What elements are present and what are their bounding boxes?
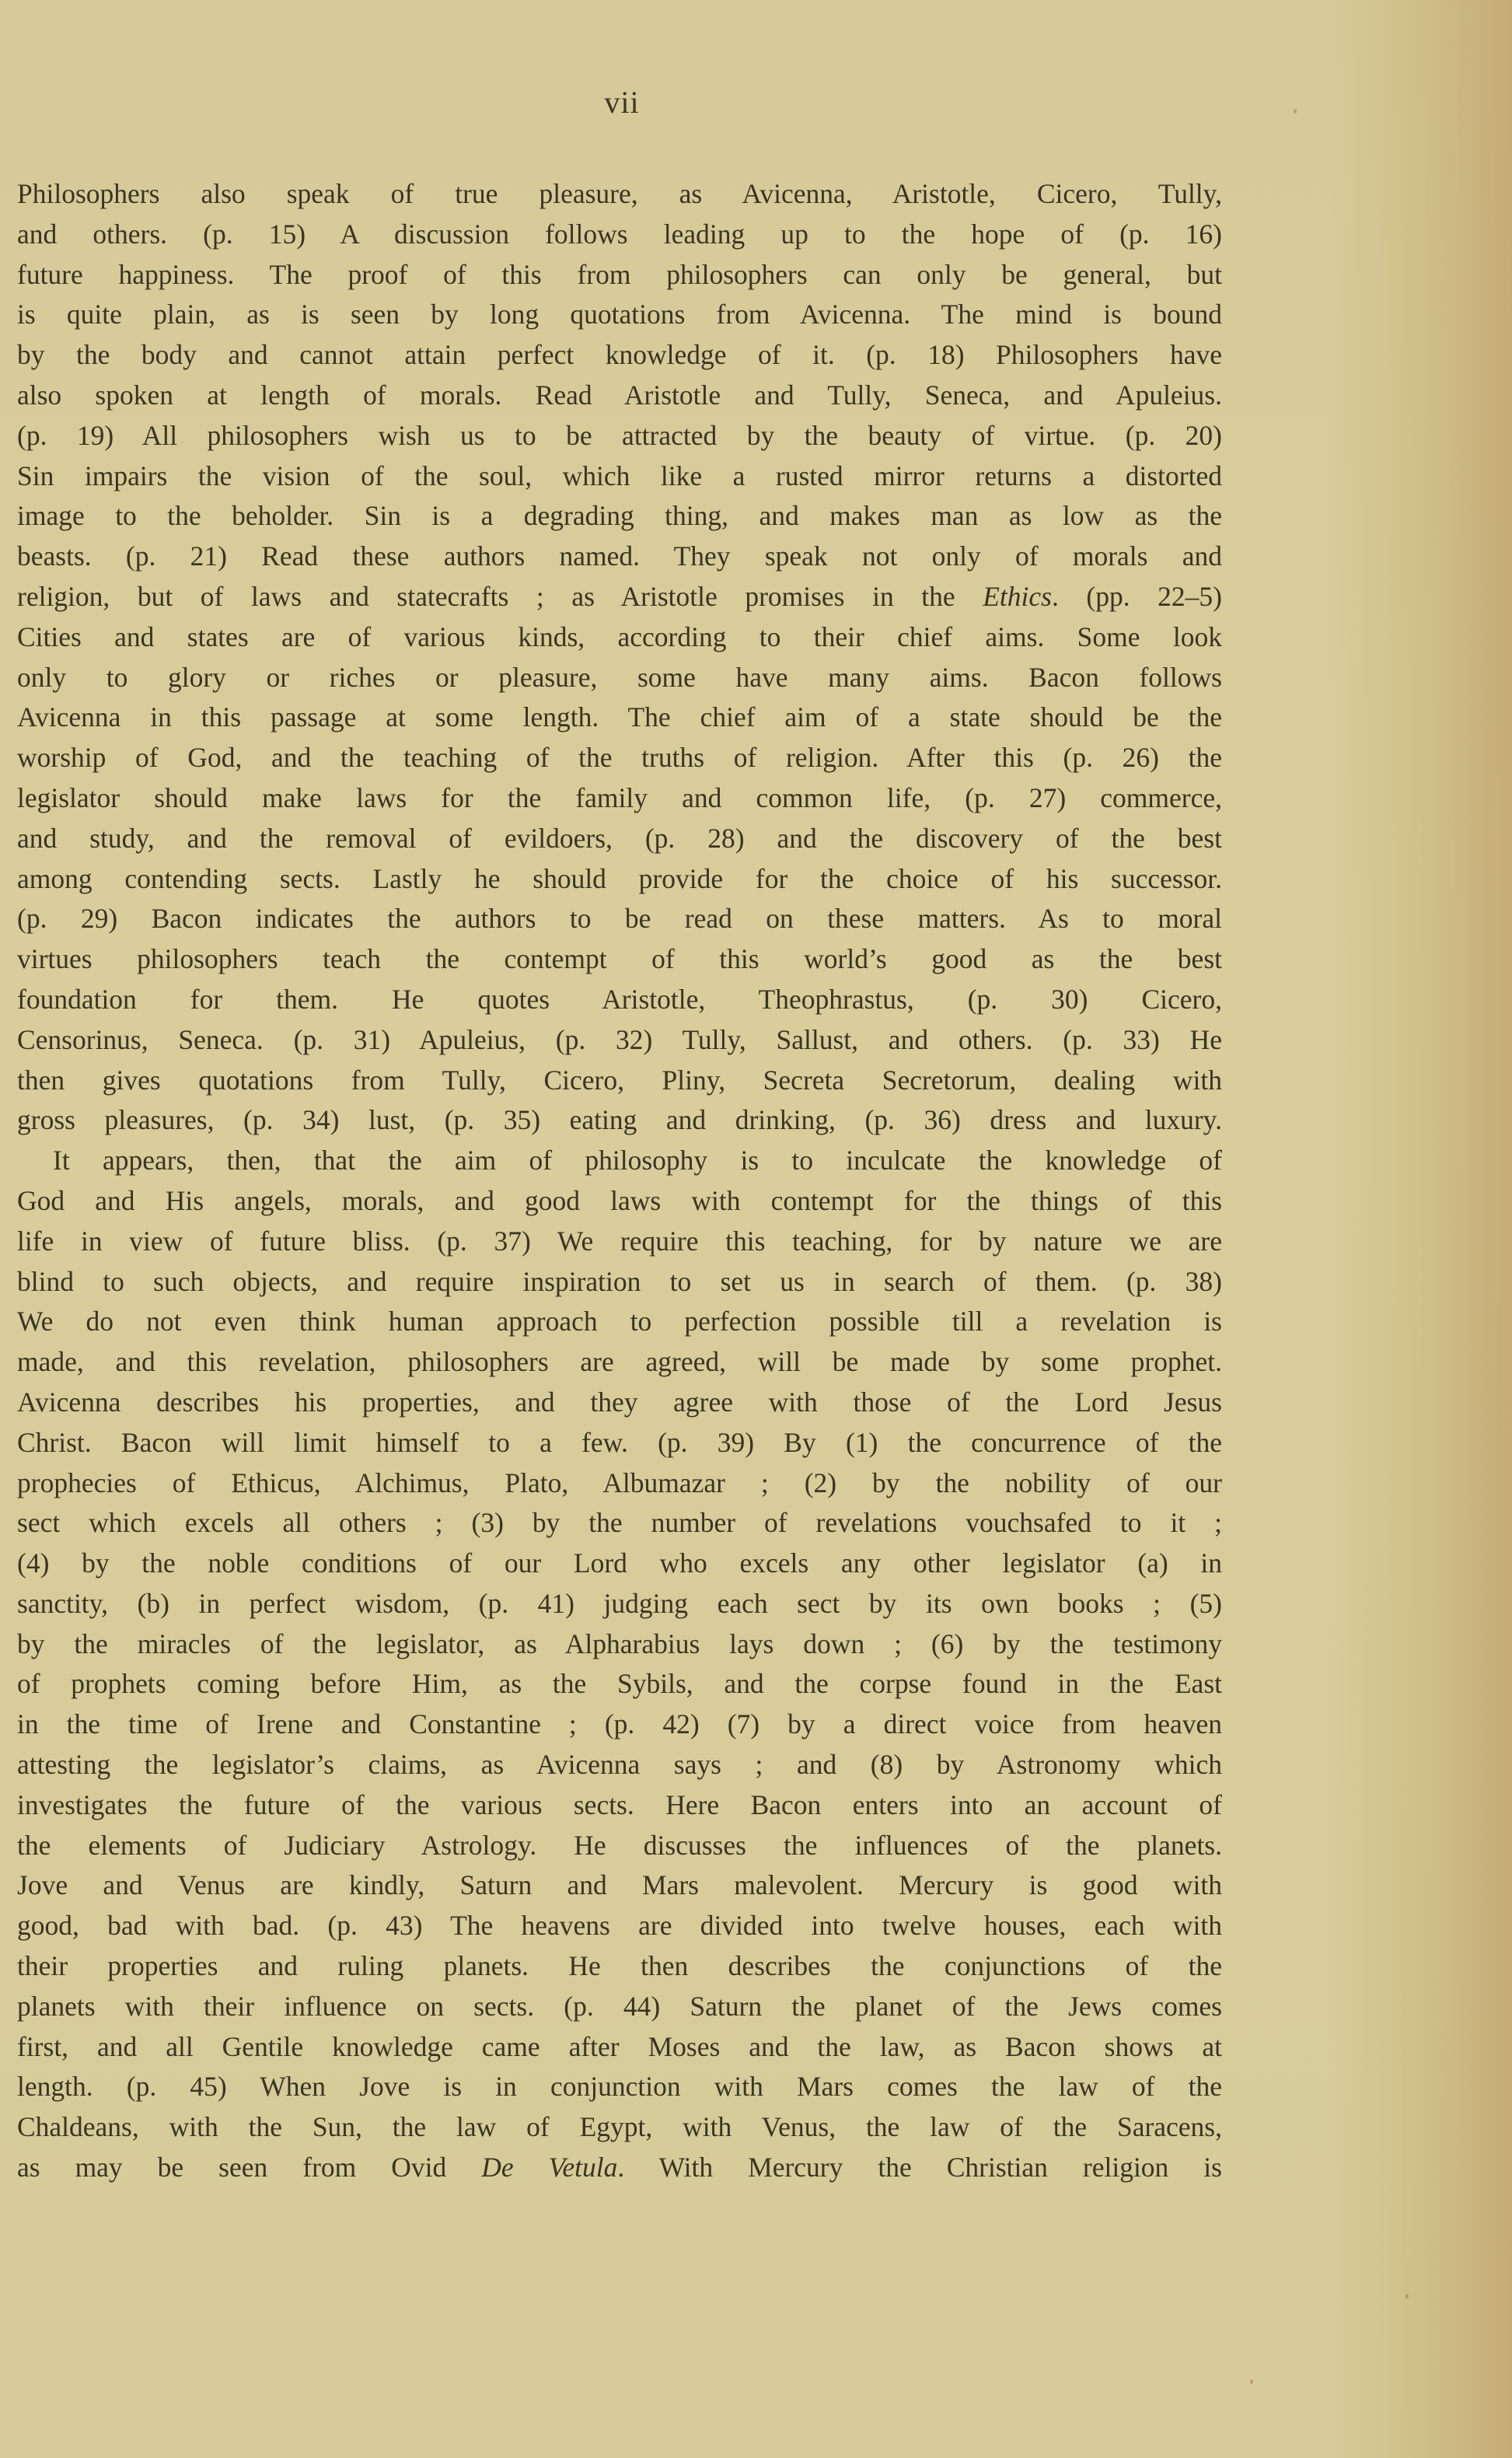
text-line: Avicenna in this passage at some length.… — [17, 698, 1222, 738]
italic-title: De Vetula — [481, 2152, 617, 2183]
text-line: and others. (p. 15) A discussion follows… — [17, 215, 1222, 255]
text-line: only to glory or riches or pleasure, som… — [17, 658, 1222, 698]
text-line: attesting the legislator’s claims, as Av… — [17, 1745, 1222, 1785]
text-line: Jove and Venus are kindly, Saturn and Ma… — [17, 1865, 1222, 1906]
text-line: Cities and states are of various kinds, … — [17, 617, 1222, 658]
text-line: (4) by the noble conditions of our Lord … — [17, 1544, 1222, 1584]
text-line: sect which excels all others ; (3) by th… — [17, 1503, 1222, 1544]
book-page: vii Philosophers also speak of true plea… — [0, 0, 1512, 2458]
text-line: also spoken at length of morals. Read Ar… — [17, 376, 1222, 416]
text-line: then gives quotations from Tully, Cicero… — [17, 1061, 1222, 1101]
text-line: (p. 19) All philosophers wish us to be a… — [17, 416, 1222, 456]
text-line: life in view of future bliss. (p. 37) We… — [17, 1222, 1222, 1262]
text-line: by the body and cannot attain perfect kn… — [17, 335, 1222, 376]
italic-title: Ethics — [983, 581, 1052, 612]
page-number: vii — [0, 84, 1244, 121]
text-line: blind to such objects, and require inspi… — [17, 1262, 1222, 1302]
text-line: God and His angels, morals, and good law… — [17, 1181, 1222, 1222]
text-line: by the miracles of the legislator, as Al… — [17, 1624, 1222, 1665]
text-line: is quite plain, as is seen by long quota… — [17, 295, 1222, 335]
text-line: prophecies of Ethicus, Alchimus, Plato, … — [17, 1463, 1222, 1504]
text-line: sanctity, (b) in perfect wisdom, (p. 41)… — [17, 1584, 1222, 1624]
text-line: as may be seen from Ovid De Vetula. With… — [17, 2148, 1222, 2188]
text-line: gross pleasures, (p. 34) lust, (p. 35) e… — [17, 1100, 1222, 1141]
text-line: and study, and the removal of evildoers,… — [17, 819, 1222, 859]
paragraph-2: It appears, then, that the aim of philos… — [17, 1141, 1222, 2188]
text-line: worship of God, and the teaching of the … — [17, 738, 1222, 778]
text-line: in the time of Irene and Constantine ; (… — [17, 1705, 1222, 1745]
text-line: Philosophers also speak of true pleasure… — [17, 174, 1222, 215]
text-line: beasts. (p. 21) Read these authors named… — [17, 537, 1222, 577]
paper-speck — [1405, 2294, 1409, 2299]
text-line: future happiness. The proof of this from… — [17, 255, 1222, 295]
text-line: made, and this revelation, philosophers … — [17, 1342, 1222, 1383]
text-line: length. (p. 45) When Jove is in conjunct… — [17, 2067, 1222, 2107]
text-line: Censorinus, Seneca. (p. 31) Apuleius, (p… — [17, 1020, 1222, 1061]
text-line: the elements of Judiciary Astrology. He … — [17, 1826, 1222, 1866]
paragraph-1: Philosophers also speak of true pleasure… — [17, 174, 1222, 1141]
text-line: of prophets coming before Him, as the Sy… — [17, 1664, 1222, 1705]
text-line: Chaldeans, with the Sun, the law of Egyp… — [17, 2107, 1222, 2148]
text-line: Sin impairs the vision of the soul, whic… — [17, 456, 1222, 497]
paper-speck — [1294, 109, 1297, 114]
text-line: among contending sects. Lastly he should… — [17, 859, 1222, 900]
text-line: image to the beholder. Sin is a degradin… — [17, 496, 1222, 537]
text-line: legislator should make laws for the fami… — [17, 778, 1222, 819]
text-line: first, and all Gentile knowledge came af… — [17, 2027, 1222, 2068]
text-line: Christ. Bacon will limit himself to a fe… — [17, 1423, 1222, 1463]
body-text: Philosophers also speak of true pleasure… — [17, 174, 1222, 2188]
text-line: Avicenna describes his properties, and t… — [17, 1383, 1222, 1423]
text-line: good, bad with bad. (p. 43) The heavens … — [17, 1906, 1222, 1946]
text-line: religion, but of laws and statecrafts ; … — [17, 577, 1222, 617]
text-line: We do not even think human approach to p… — [17, 1302, 1222, 1342]
text-line: investigates the future of the various s… — [17, 1785, 1222, 1826]
text-line: their properties and ruling planets. He … — [17, 1946, 1222, 1987]
text-line: virtues philosophers teach the contempt … — [17, 939, 1222, 980]
text-line: planets with their influence on sects. (… — [17, 1987, 1222, 2027]
paper-speck — [1250, 2379, 1253, 2384]
text-line: (p. 29) Bacon indicates the authors to b… — [17, 899, 1222, 939]
text-line: It appears, then, that the aim of philos… — [17, 1141, 1222, 1181]
text-line: foundation for them. He quotes Aristotle… — [17, 980, 1222, 1020]
